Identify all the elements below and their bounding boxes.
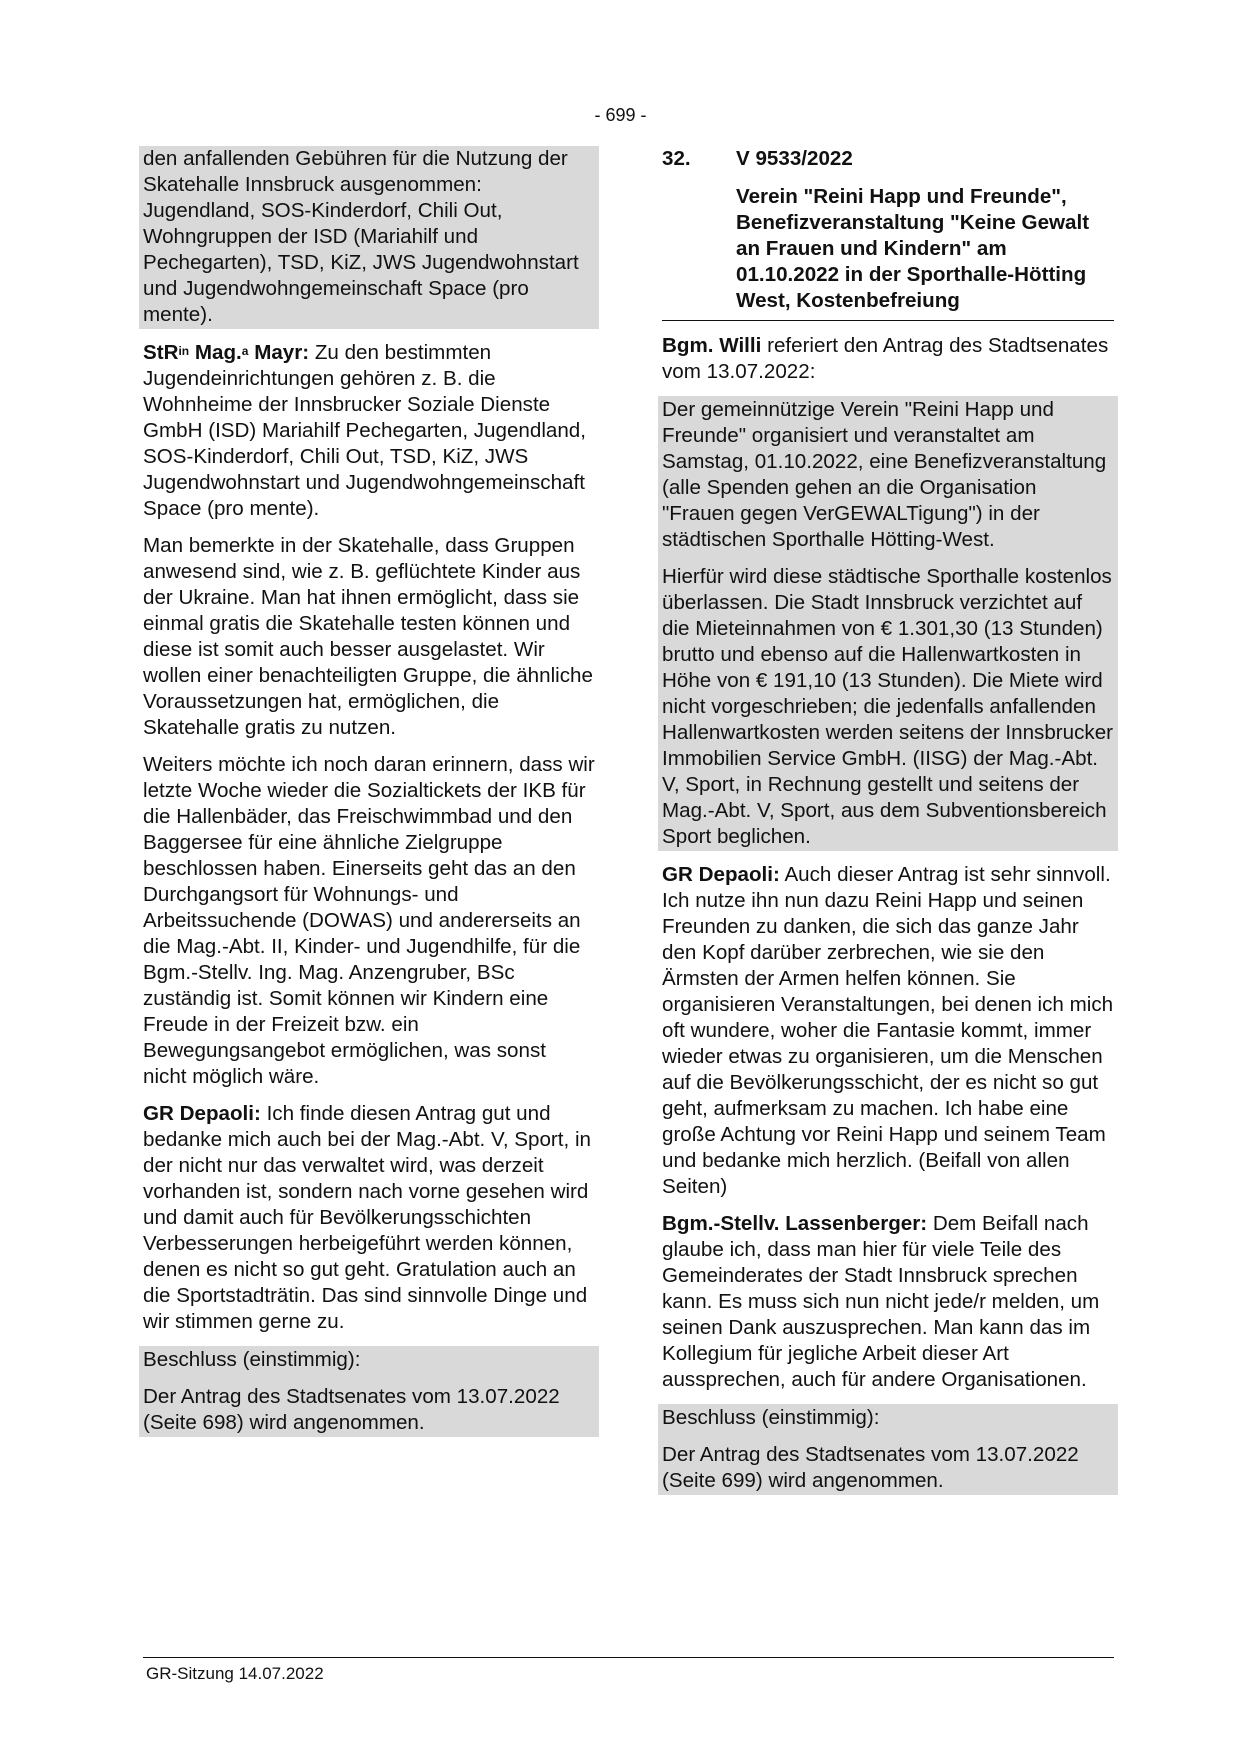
footer-divider	[143, 1657, 1114, 1658]
left-column: den anfallenden Gebühren für die Nutzung…	[143, 146, 595, 1448]
speaker-willi: Bgm. Willi	[662, 334, 761, 357]
speaker-mayr: StRin Mag.a Mayr:	[143, 341, 309, 364]
antrag-paragraph-2: Hierfür wird diese städtische Sporthalle…	[662, 564, 1114, 850]
beschluss-label: Beschluss (einstimmig):	[143, 1347, 595, 1373]
speech-text: Dem Beifall nach glaube ich, dass man hi…	[662, 1212, 1099, 1391]
speech-depaoli-right: GR Depaoli: Auch dieser Antrag ist sehr …	[662, 862, 1114, 1200]
footer-text: GR-Sitzung 14.07.2022	[146, 1663, 324, 1685]
agenda-item-number: 32.	[662, 146, 736, 172]
agenda-item-header: 32. V 9533/2022	[662, 146, 1114, 172]
agenda-item-title: Verein "Reini Happ und Freunde", Benefiz…	[736, 184, 1114, 318]
speaker-depaoli: GR Depaoli:	[143, 1102, 261, 1125]
speech-willi: Bgm. Willi referiert den Antrag des Stad…	[662, 333, 1114, 385]
speech-depaoli-left: GR Depaoli: Ich finde diesen Antrag gut …	[143, 1101, 595, 1335]
beschluss-block-right: Beschluss (einstimmig): Der Antrag des S…	[658, 1404, 1118, 1495]
agenda-item-divider	[662, 320, 1114, 321]
beschluss-text: Der Antrag des Stadtsenates vom 13.07.20…	[143, 1384, 595, 1436]
speech-text: Zu den bestimmten Jugendeinrichtungen ge…	[143, 341, 586, 520]
agenda-item-code: V 9533/2022	[736, 146, 853, 172]
speech-mayr: StRin Mag.a Mayr: Zu den bestimmten Juge…	[143, 340, 595, 522]
speaker-depaoli: GR Depaoli:	[662, 863, 780, 886]
paragraph-skatehalle: Man bemerkte in der Skatehalle, dass Gru…	[143, 533, 595, 741]
page-number: - 699 -	[0, 104, 1241, 126]
paragraph-weiters: Weiters möchte ich noch daran erinnern, …	[143, 752, 595, 1090]
beschluss-text: Der Antrag des Stadtsenates vom 13.07.20…	[662, 1442, 1114, 1494]
speech-text: Auch dieser Antrag ist sehr sinnvoll. Ic…	[662, 863, 1113, 1198]
beschluss-block-left: Beschluss (einstimmig): Der Antrag des S…	[139, 1346, 599, 1437]
speech-lassenberger: Bgm.-Stellv. Lassenberger: Dem Beifall n…	[662, 1211, 1114, 1393]
speaker-lassenberger: Bgm.-Stellv. Lassenberger:	[662, 1212, 927, 1235]
speech-text: Ich finde diesen Antrag gut und bedanke …	[143, 1102, 591, 1333]
shaded-intro-block: den anfallenden Gebühren für die Nutzung…	[139, 146, 599, 329]
shaded-intro-text: den anfallenden Gebühren für die Nutzung…	[143, 146, 595, 328]
right-column: 32. V 9533/2022 Verein "Reini Happ und F…	[662, 146, 1114, 1506]
beschluss-label: Beschluss (einstimmig):	[662, 1405, 1114, 1431]
shaded-antrag-block: Der gemeinnützige Verein "Reini Happ und…	[658, 396, 1118, 851]
antrag-paragraph-1: Der gemeinnützige Verein "Reini Happ und…	[662, 397, 1114, 553]
